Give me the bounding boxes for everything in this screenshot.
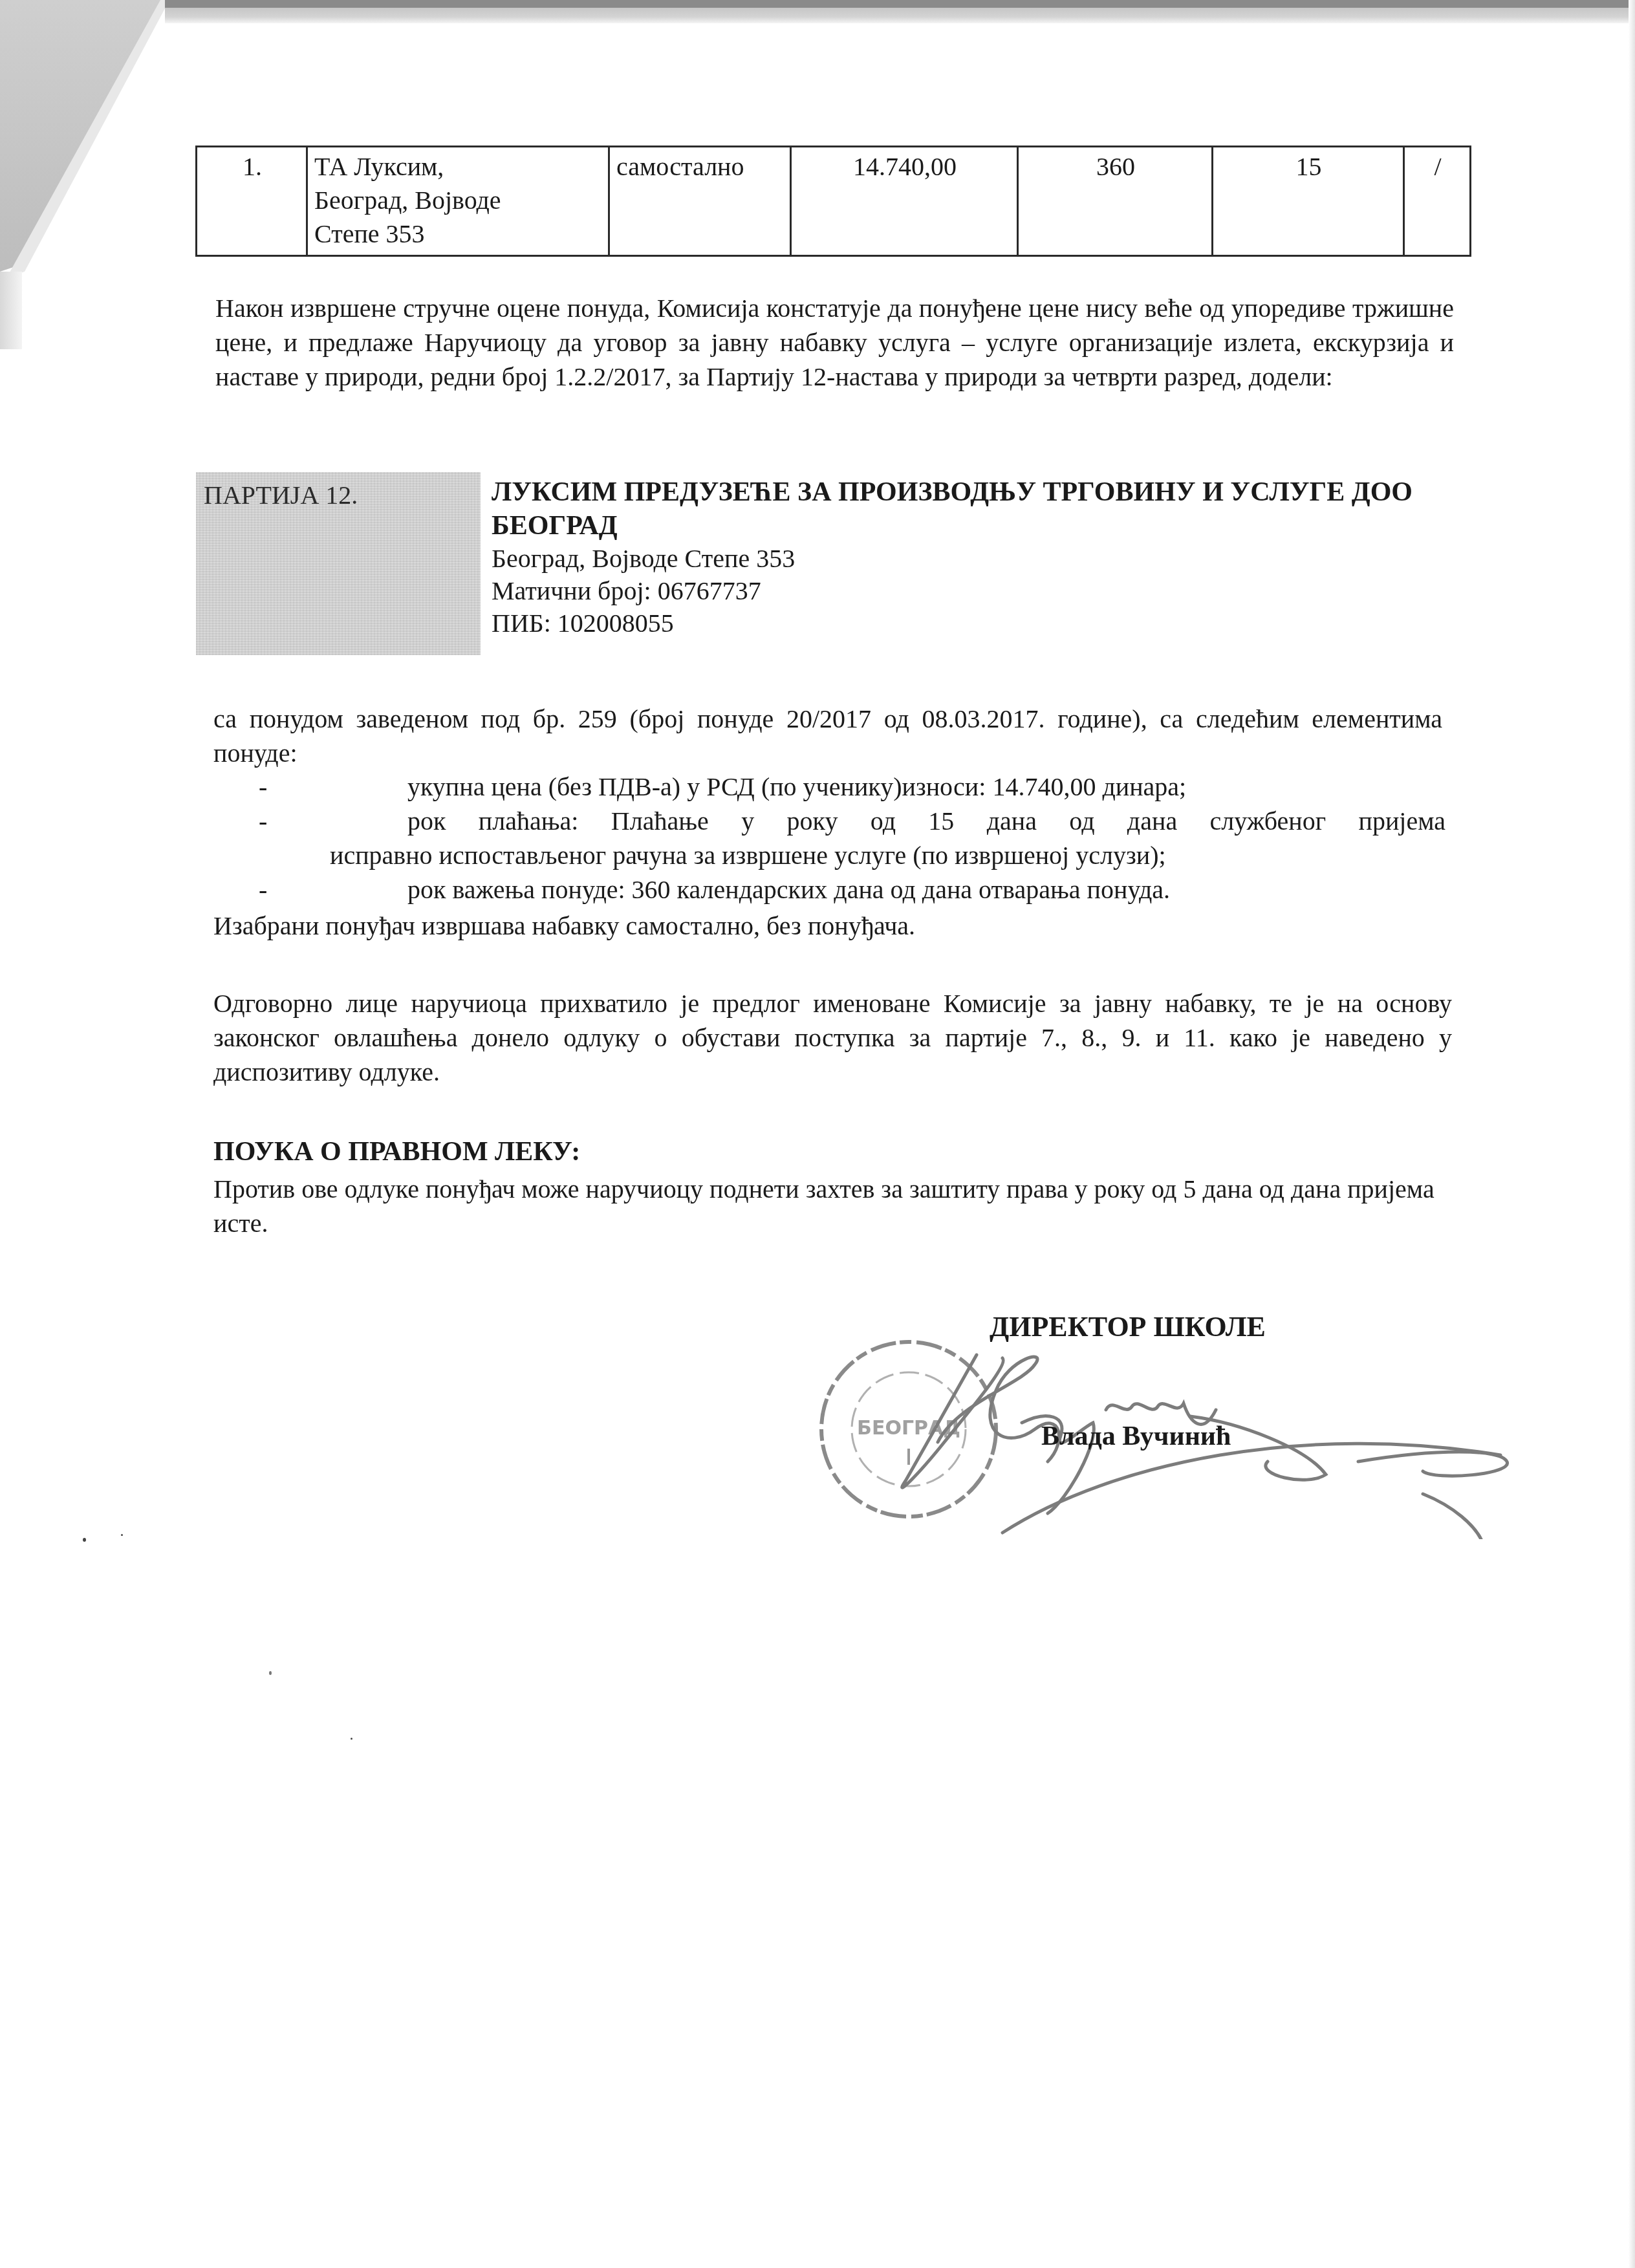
evaluation-paragraph: Након извршене стручне оцене понуда, Ком… (215, 291, 1454, 394)
bidder-line: Београд, Војводе (314, 184, 603, 217)
supplier-name: ЛУКСИМ ПРЕДУЗЕЋЕ ЗА ПРОИЗВОДЊУ ТРГОВИНУ … (492, 475, 1462, 543)
suspension-paragraph: Одговорно лице наручиоца прихватило је п… (213, 986, 1452, 1089)
cell-mode: самостално (609, 147, 791, 256)
cell-validity: 360 (1018, 147, 1213, 256)
director-title: ДИРЕКТОР ШКОЛЕ (990, 1310, 1266, 1345)
cell-payment: 15 (1213, 147, 1404, 256)
dash-bullet: - (259, 872, 267, 907)
list-item: - укупна цена (без ПДВ-а) у РСД (по учен… (213, 770, 1446, 804)
list-item: - рок плаћања: Плаћање у року од 15 дана… (213, 804, 1446, 872)
offer-elements-list: - укупна цена (без ПДВ-а) у РСД (по учен… (213, 770, 1446, 907)
supplier-block: ЛУКСИМ ПРЕДУЗЕЋЕ ЗА ПРОИЗВОДЊУ ТРГОВИНУ … (492, 475, 1462, 640)
director-name: Влада Вучинић (1041, 1420, 1231, 1453)
selected-bidder-paragraph: Изабрани понуђач извршава набавку самост… (213, 909, 1442, 943)
scan-edge-top (165, 0, 1635, 8)
cell-number: 1. (197, 147, 307, 256)
scan-edge-left (0, 272, 22, 349)
scan-speck (269, 1671, 272, 1675)
bidder-line: Степе 353 (314, 217, 603, 251)
cell-price: 14.740,00 (791, 147, 1018, 256)
list-item: - рок важења понуде: 360 календарских да… (213, 872, 1446, 907)
scan-edge-right (1629, 0, 1635, 2268)
supplier-tax-id: ПИБ: 102008055 (492, 607, 1462, 640)
party-label: ПАРТИЈА 12. (204, 479, 358, 512)
offer-reference-paragraph: са понудом заведеном под бр. 259 (број п… (213, 702, 1442, 770)
dash-bullet: - (259, 804, 267, 838)
party-label-box: ПАРТИЈА 12. (196, 472, 481, 655)
table-row: 1. ТА Луксим, Београд, Војводе Степе 353… (197, 147, 1471, 256)
offers-table: 1. ТА Луксим, Београд, Војводе Степе 353… (195, 146, 1471, 257)
legal-remedy-title: ПОУКА О ПРАВНОМ ЛЕКУ: (213, 1135, 580, 1169)
scan-speck (121, 1534, 123, 1536)
bidder-line: ТА Луксим, (314, 150, 603, 184)
legal-remedy-text: Против ове одлуке понуђач може наручиоцу… (213, 1172, 1455, 1240)
dash-bullet: - (259, 770, 267, 804)
scan-speck (83, 1538, 86, 1542)
scan-shadow-top (165, 8, 1635, 23)
scan-speck (351, 1738, 352, 1740)
supplier-registration-number: Матични број: 06767737 (492, 575, 1462, 607)
supplier-address: Београд, Војводе Степе 353 (492, 543, 1462, 575)
cell-subcontractor: / (1404, 147, 1471, 256)
cell-bidder: ТА Луксим, Београд, Војводе Степе 353 (307, 147, 609, 256)
